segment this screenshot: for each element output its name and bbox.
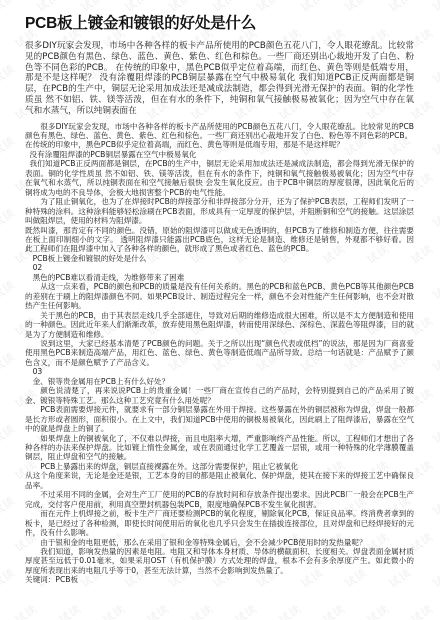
body-paragraph: PCB板上镀金和镀银的好处是什么 bbox=[25, 254, 414, 263]
watermark-text: 试读 bbox=[188, 601, 217, 620]
watermark-text: 试读 bbox=[0, 133, 18, 160]
body-paragraph: 从这个角度来说，无论是金还是银，工艺本身的目的都是阻止被氧化、保护焊盘，使其在接… bbox=[25, 471, 414, 490]
body-paragraph: 为了阻止铜氧化，也为了在焊接时PCB的焊接部分和非焊接部分分开，还为了保护PCB… bbox=[25, 197, 414, 225]
body-paragraph: 我们知道，影响发热量的因素是电阻。电阻又和导体本身材质、导体的横截面积、长度相关… bbox=[25, 547, 414, 575]
body-paragraph: 而在元件上机焊接之前，板卡生产厂商还要检测PCB的氧化程度，剔除氧化PCB，保证… bbox=[25, 509, 414, 537]
intro-paragraph: 很多DIY玩家会发现，市场中各种各样的板卡产品所使用的PCB颜色五花八门，令人眼… bbox=[25, 41, 414, 117]
watermark-text: 试读 bbox=[0, 277, 18, 304]
watermark-text: 试读 bbox=[430, 421, 440, 448]
watermark-text: 试读 bbox=[364, 601, 393, 620]
watermark-text: 试读 bbox=[276, 601, 305, 620]
watermark-text: 试读 bbox=[430, 61, 440, 88]
body-paragraph: 没有涂覆阻焊漆的PCB铜层暴露在空气中极易氧化 bbox=[25, 150, 414, 159]
body-paragraph: PCB表面需要焊接元件，就要求有一部分铜层暴露在外用于焊接。这些暴露在外的铜层被… bbox=[25, 405, 414, 433]
body-paragraph: 说到这里，大家已经基本清楚了PCB颜色的问题。关于之所以出现“颜色代表或低档”的… bbox=[25, 339, 414, 367]
watermark-text: 试读 bbox=[0, 349, 18, 376]
body-paragraph: 02 bbox=[25, 263, 414, 272]
document-title: PCB板上镀金和镀银的好处是什么 bbox=[25, 14, 414, 34]
body-paragraph: 很多DIY玩家会发现，市场中各种各样的板卡产品所使用的PCB颜色五花八门，令人眼… bbox=[25, 122, 414, 141]
watermark-text: 试读 bbox=[430, 277, 440, 304]
body-paragraph: 不过采用不同的金属，会对生产工厂使用的PCB的存放时间和存放条件提出要求。因此P… bbox=[25, 490, 414, 509]
watermark-text: 试读 bbox=[0, 0, 18, 15]
watermark-text: 试读 bbox=[408, 601, 437, 620]
watermark-text: 试读 bbox=[0, 493, 18, 520]
watermark-text: 试读 bbox=[430, 0, 440, 15]
watermark-text: 试读 bbox=[430, 205, 440, 232]
watermark-text: 试读 bbox=[430, 565, 440, 592]
body-paragraph: PCB上暴露出来的焊盘，铜层直接裸露在外。这部分需要保护，阻止它被氧化 bbox=[25, 462, 414, 471]
body-paragraph: 既然叫漆，那肯定有不同的颜色。没错，原始的阻焊漆可以做成无色透明的，但PCB为了… bbox=[25, 226, 414, 254]
body-paragraph: 由于银和金的电阻更低，那么在采用了银和金等特殊金属后，会不会减少PCB使用时的发… bbox=[25, 538, 414, 547]
watermark-text: 试读 bbox=[0, 421, 18, 448]
body-paragraph: 颜色说清楚了，再来说说PCB上的贵重金属！一些厂商在宣传自己的产品时，会特别提到… bbox=[25, 386, 414, 405]
body-paragraph: 03 bbox=[25, 367, 414, 376]
watermark-text: 试读 bbox=[0, 565, 18, 592]
watermark-text: 试读 bbox=[320, 601, 349, 620]
body-paragraph: 在传统的印象中，黑色PCB似乎定位着高端，而红色、黄色等则是低端专用，那是不是这… bbox=[25, 140, 414, 149]
body-paragraph: 如果焊盘上的铜被氧化了，不仅难以焊接，而且电阻率大增，严重影响终产品性能。所以，… bbox=[25, 434, 414, 462]
watermark-text: 试读 bbox=[12, 601, 41, 620]
watermark-text: 试读 bbox=[56, 601, 85, 620]
watermark-text: 试读 bbox=[430, 349, 440, 376]
watermark-text: 试读 bbox=[144, 601, 173, 620]
watermark-text: 试读 bbox=[430, 493, 440, 520]
body-paragraph: 我们知道PCB正反两面都是铜层，在PCB的生产中，铜层无论采用加成法还是减成法制… bbox=[25, 159, 414, 197]
watermark-text: 试读 bbox=[100, 601, 129, 620]
document-page: PCB板上镀金和镀银的好处是什么 很多DIY玩家会发现，市场中各种各样的板卡产品… bbox=[25, 14, 414, 585]
body-paragraph: 从这一点来看，PCB的颜色和PCB的质量是没有任何关系的。黑色的PCB和蓝色PC… bbox=[25, 282, 414, 310]
body-paragraph: 关键词：PCB板 bbox=[25, 575, 414, 584]
watermark-text: 试读 bbox=[232, 601, 261, 620]
body-paragraph: 黑色的PCB难以看清走线，为维修带来了困难 bbox=[25, 273, 414, 282]
document-body: 很多DIY玩家会发现，市场中各种各样的板卡产品所使用的PCB颜色五花八门，令人眼… bbox=[25, 122, 414, 585]
body-paragraph: 金、银等贵金属用在PCB上有什么好处？ bbox=[25, 377, 414, 386]
watermark-text: 试读 bbox=[0, 61, 18, 88]
body-paragraph: 关于黑色的PCB，由于其表层走线几乎全部遮住，导致对后期的维修造成很大困难，所以… bbox=[25, 311, 414, 339]
watermark-text: 试读 bbox=[430, 133, 440, 160]
watermark-text: 试读 bbox=[0, 205, 18, 232]
